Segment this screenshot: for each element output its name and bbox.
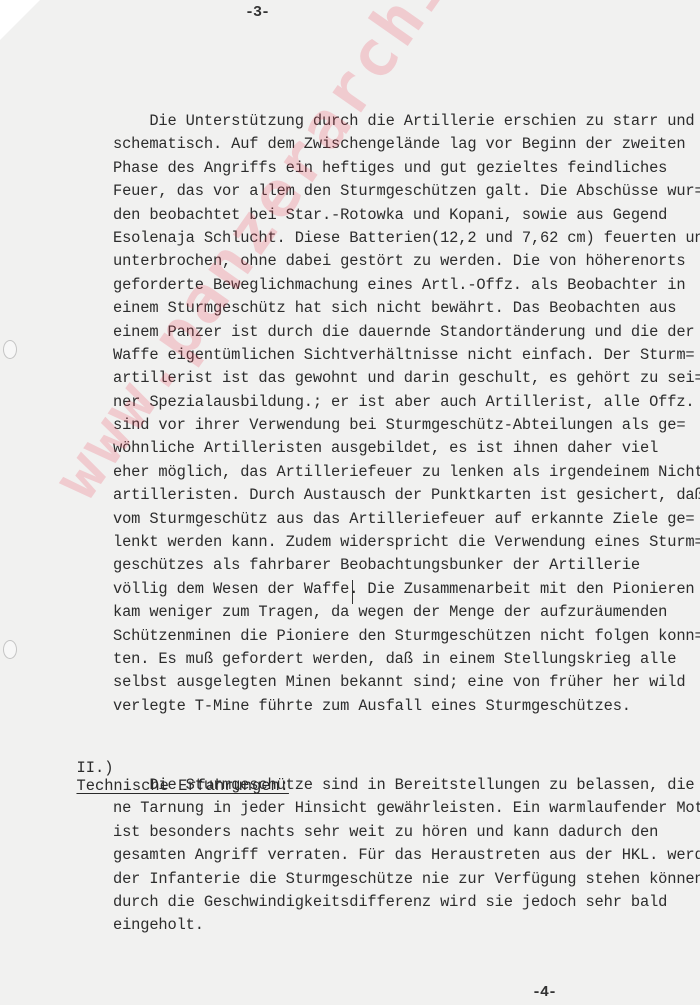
text-line: geschützes als fahrbarer Beobachtungsbun… [113, 554, 700, 577]
text-line: der Infanterie die Sturmgeschütze nie zu… [113, 868, 700, 891]
text-line: unterbrochen, ohne dabei gestört zu werd… [113, 250, 700, 273]
text-line: völlig dem Wesen der Waffe. Die Zusammen… [113, 578, 700, 601]
text-line: vom Sturmgeschütz aus das Artilleriefeue… [113, 508, 700, 531]
insertion-mark [352, 580, 353, 604]
text-line: einem Sturmgeschütz hat sich nicht bewäh… [113, 297, 700, 320]
text-line: ten. Es muß gefordert werden, daß in ein… [113, 648, 700, 671]
text-line: sind vor ihrer Verwendung bei Sturmgesch… [113, 414, 700, 437]
text-line: einem Panzer ist durch die dauernde Stan… [113, 321, 700, 344]
text-line: selbst ausgelegten Minen bekannt sind; e… [113, 671, 700, 694]
text-line: gesamten Angriff verraten. Für das Herau… [113, 844, 700, 867]
text-line: Schützenminen die Pioniere den Sturmgesc… [113, 625, 700, 648]
text-line: eingeholt. [113, 914, 700, 937]
text-line: artilleristen. Durch Austausch der Punkt… [113, 484, 700, 507]
paragraph-technical-experience: Die Sturmgeschütze sind in Bereitstellun… [113, 774, 700, 938]
text-line: Esolenaja Schlucht. Diese Batterien(12,2… [113, 227, 700, 250]
text-line: geforderte Beweglichmachung eines Artl.-… [113, 274, 700, 297]
text-line: ner Spezialausbildung.; er ist aber auch… [113, 391, 700, 414]
text-line: wöhnliche Artilleristen ausgebildet, es … [113, 437, 700, 460]
text-line: Waffe eigentümlichen Sichtverhältnisse n… [113, 344, 700, 367]
page-number-bottom: -4- [532, 984, 556, 1001]
text-line: ist besonders nachts sehr weit zu hören … [113, 821, 700, 844]
text-line: lenkt werden kann. Zudem widerspricht di… [113, 531, 700, 554]
punch-hole-lower [3, 640, 17, 659]
text-line: den beobachtet bei Star.-Rotowka und Kop… [113, 204, 700, 227]
page-number-top: -3- [245, 4, 269, 21]
text-line: eher möglich, das Artilleriefeuer zu len… [113, 461, 700, 484]
section-number: II.) [76, 759, 113, 777]
page-corner [0, 0, 40, 40]
text-line: Die Sturmgeschütze sind in Bereitstellun… [113, 774, 700, 797]
text-line: durch die Geschwindigkeitsdifferenz wird… [113, 891, 700, 914]
text-line: Feuer, das vor allem den Sturmgeschützen… [113, 180, 700, 203]
text-line: schematisch. Auf dem Zwischengelände lag… [113, 133, 700, 156]
text-line: Die Unterstützung durch die Artillerie e… [113, 110, 700, 133]
text-line: artillerist ist das gewohnt und darin ge… [113, 367, 700, 390]
text-line: verlegte T-Mine führte zum Ausfall eines… [113, 695, 700, 718]
punch-hole-upper [3, 340, 17, 359]
paragraph-tactical-experience: Die Unterstützung durch die Artillerie e… [113, 110, 700, 718]
text-line: ne Tarnung in jeder Hinsicht gewährleist… [113, 797, 700, 820]
text-line: Phase des Angriffs ein heftiges und gut … [113, 157, 700, 180]
text-line: kam weniger zum Tragen, da wegen der Men… [113, 601, 700, 624]
